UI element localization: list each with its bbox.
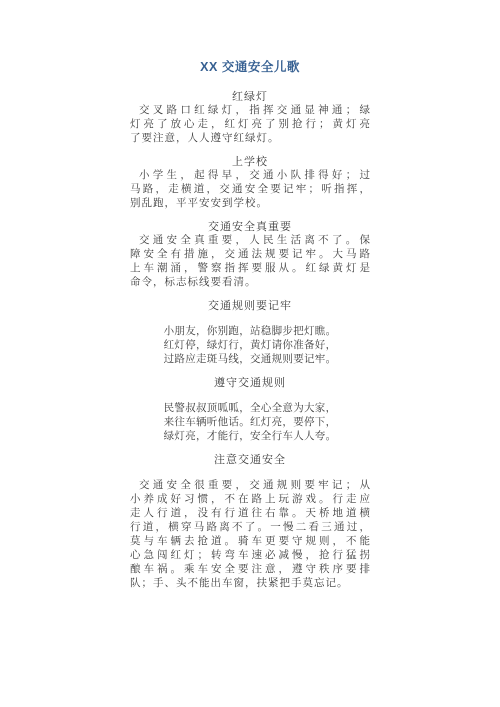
section-heading: 交通安全真重要: [130, 220, 370, 234]
poem-line: 别乱跑，平平安安到学校。: [130, 197, 370, 211]
poem-line: 莫与车辆去抢道。骑车更要守规则，不能: [130, 535, 370, 549]
section-heading: 交通规则要记牢: [130, 299, 370, 313]
poem-line: 走人行道，没有行道往右靠。天桥地道横: [130, 507, 370, 521]
poem-line: 过路应走斑马线，交通规则要记牢。: [130, 353, 370, 367]
section-body: 小学生，起得早，交通小队排得好；过马路，走横道，交通安全要记牢；听指挥，别乱跑，…: [130, 169, 370, 211]
poem-section: 遵守交通规则民警叔叔顶呱呱，全心全意为大家，来往车辆听他话。红灯亮，要停下，绿灯…: [130, 376, 370, 444]
poem-line: 交通安全很重要，交通规则要牢记；从: [130, 479, 370, 493]
poem-line: 小朋友，你别跑，站稳脚步把灯瞧。: [130, 325, 370, 339]
poem-section: 上学校小学生，起得早，交通小队排得好；过马路，走横道，交通安全要记牢；听指挥，别…: [130, 155, 370, 211]
poem-line: 来往车辆听他话。红灯亮，要停下，: [130, 416, 370, 430]
poem-line: 障安全有措施，交通法规要记牢。大马路: [130, 248, 370, 262]
document-title: XX 交通安全儿歌: [130, 60, 370, 74]
poem-section: 注意交通安全交通安全很重要，交通规则要牢记；从小养成好习惯，不在路上玩游戏。行走…: [130, 453, 370, 591]
section-body: 交叉路口红绿灯，指挥交通显神通；绿灯亮了放心走，红灯亮了别抢行；黄灯亮了要注意，…: [130, 104, 370, 146]
section-heading: 注意交通安全: [130, 453, 370, 467]
poem-line: 灯亮了放心走，红灯亮了别抢行；黄灯亮: [130, 118, 370, 132]
section-heading: 遵守交通规则: [130, 376, 370, 390]
section-heading: 上学校: [130, 155, 370, 169]
poem-line: 小养成好习惯，不在路上玩游戏。行走应: [130, 493, 370, 507]
poem-line: 绿灯亮，才能行，安全行车人人夸。: [130, 430, 370, 444]
sections-container: 红绿灯交叉路口红绿灯，指挥交通显神通；绿灯亮了放心走，红灯亮了别抢行；黄灯亮了要…: [130, 90, 370, 591]
poem-line: 交通安全真重要，人民生活离不了。保: [130, 234, 370, 248]
poem-line: 命令，标志标线要看清。: [130, 276, 370, 290]
section-body: 交通安全真重要，人民生活离不了。保障安全有措施，交通法规要记牢。大马路上车潮涌，…: [130, 234, 370, 290]
poem-line: 酿车祸。乘车安全要注意，遵守秩序要排: [130, 563, 370, 577]
section-body: 民警叔叔顶呱呱，全心全意为大家，来往车辆听他话。红灯亮，要停下，绿灯亮，才能行，…: [130, 402, 370, 444]
section-body: 小朋友，你别跑，站稳脚步把灯瞧。红灯停，绿灯行，黄灯请你准备好，过路应走斑马线，…: [130, 325, 370, 367]
poem-line: 上车潮涌，警察指挥要服从。红绿黄灯是: [130, 262, 370, 276]
poem-line: 了要注意，人人遵守红绿灯。: [130, 132, 370, 146]
poem-line: 红灯停，绿灯行，黄灯请你准备好，: [130, 339, 370, 353]
document-page: XX 交通安全儿歌 红绿灯交叉路口红绿灯，指挥交通显神通；绿灯亮了放心走，红灯亮…: [0, 0, 500, 707]
poem-line: 队；手、头不能出车窗，扶紧把手莫忘记。: [130, 577, 370, 591]
poem-section: 交通规则要记牢小朋友，你别跑，站稳脚步把灯瞧。红灯停，绿灯行，黄灯请你准备好，过…: [130, 299, 370, 367]
poem-line: 民警叔叔顶呱呱，全心全意为大家，: [130, 402, 370, 416]
poem-line: 行道，横穿马路离不了。一慢二看三通过，: [130, 521, 370, 535]
poem-line: 交叉路口红绿灯，指挥交通显神通；绿: [130, 104, 370, 118]
section-body: 交通安全很重要，交通规则要牢记；从小养成好习惯，不在路上玩游戏。行走应走人行道，…: [130, 479, 370, 591]
section-heading: 红绿灯: [130, 90, 370, 104]
poem-line: 马路，走横道，交通安全要记牢；听指挥，: [130, 183, 370, 197]
poem-line: 心急闯红灯；转弯车速必减慢，抢行猛拐: [130, 549, 370, 563]
poem-section: 红绿灯交叉路口红绿灯，指挥交通显神通；绿灯亮了放心走，红灯亮了别抢行；黄灯亮了要…: [130, 90, 370, 146]
poem-line: 小学生，起得早，交通小队排得好；过: [130, 169, 370, 183]
poem-section: 交通安全真重要交通安全真重要，人民生活离不了。保障安全有措施，交通法规要记牢。大…: [130, 220, 370, 290]
